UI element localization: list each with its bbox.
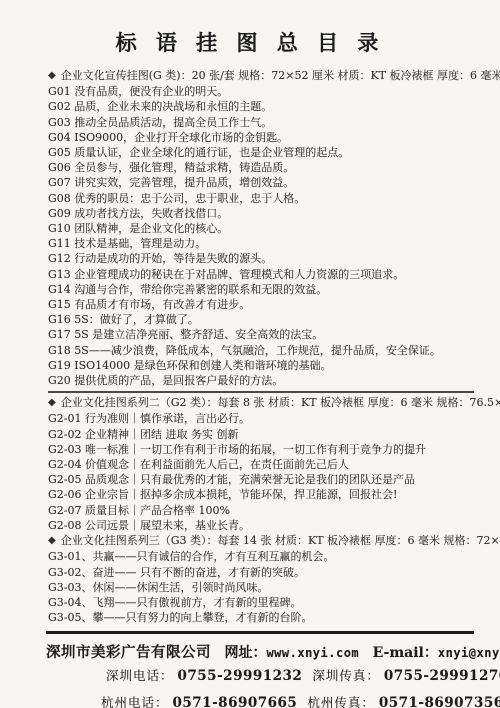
catalog-item-g17: G17 5S 是建立洁净亮丽、整齐舒适、安全高效的法宝。 [48,327,474,342]
section-2-header-text: 企业文化挂图系列二（G2 类）：每套 8 张 材质：KT 板冷裱框 厚度：6 毫… [61,396,500,409]
catalog-item-g16: G16 5S：做好了，才算做了。 [48,312,474,327]
catalog-content: ◆企业文化宣传挂图(G 类)：20 张/套 规格：72×52 厘米 材质：KT … [48,68,474,625]
catalog-item-g11: G11 技术是基础，管理是动力。 [48,236,474,251]
catalog-item-g12: G12 行动是成功的开始，等待是失败的源头。 [48,251,474,266]
email-label: E-mail： [373,645,438,661]
diamond-bullet-icon: ◆ [48,70,56,81]
catalog-item-g06: G06 全员参与，强化管理，精益求精，铸造品质。 [48,160,474,175]
shenzhen-fax-number: 0755-29991270 [384,668,500,684]
catalog-item-g2-01: G2-01 行为准则｜慎作承诺，言出必行。 [48,411,474,426]
catalog-item-g05: G05 质量认证，企业全球化的通行证，也是企业管理的起点。 [48,145,474,160]
catalog-item-g3-05: G3-05、攀——只有努力的向上攀登，才有新的台阶。 [48,610,474,625]
catalog-item-g09: G09 成功者找方法，失败者找借口。 [48,206,474,221]
catalog-item-g3-01: G3-01、共赢——只有诚信的合作，才有互利互赢的机会。 [48,549,474,564]
catalog-item-g2-05: G2-05 品质观念｜只有最优秀的才能，充满荣誉无论是我们的团队还是产品 [48,472,474,487]
section-1-header: ◆企业文化宣传挂图(G 类)：20 张/套 规格：72×52 厘米 材质：KT … [48,68,474,84]
catalog-item-g2-03: G2-03 唯一标准｜一切工作有利于市场的拓展，一切工作有利于竞争力的提升 [48,442,474,457]
catalog-item-g03: G03 推动全员品质活动，提高全员工作士气。 [48,115,474,130]
catalog-item-g20: G20 提供优质的产品，是回报客户最好的方法。 [48,373,474,388]
hangzhou-phone-number: 0571-86907665 [173,695,298,708]
footer-company-line: 深圳市美彩广告有限公司 网址：www.xnyi.com E-mail：xnyi@… [46,641,474,662]
catalog-item-g2-08: G2-08 公司远景｜展望未来，基业长青。 [48,518,474,533]
catalog-item-g07: G07 讲究实效，完善管理，提升品质，增创效益。 [48,175,474,190]
catalog-item-g18: G18 5S——减少浪费，降低成本，气氛融洽，工作规范，提升品质，安全保证。 [48,343,474,358]
shenzhen-fax-label: 深圳传真： [312,668,380,683]
hangzhou-phone-label: 杭州电话： [101,695,169,708]
section-3-header-text: 企业文化挂图系列三（G3 类）：每套 14 张 材质：KT 板冷裱框 厚度：6 … [61,534,500,547]
catalog-item-g02: G02 品质，企业未来的决战场和永恒的主题。 [48,99,474,114]
catalog-item-g19: G19 ISO14000 是绿色环保和创建人类和谐环境的基础。 [48,358,474,373]
catalog-item-g15: G15 有品质才有市场，有改善才有进步。 [48,297,474,312]
catalog-item-g2-02: G2-02 企业精神｜团结 进取 务实 创新 [48,427,474,442]
section-1-header-text: 企业文化宣传挂图(G 类)：20 张/套 规格：72×52 厘米 材质：KT 板… [61,69,500,82]
shenzhen-phone-label: 深圳电话： [106,668,174,683]
footer: 深圳市美彩广告有限公司 网址：www.xnyi.com E-mail：xnyi@… [46,631,474,708]
catalog-item-g2-07: G2-07 质量目标｜产品合格率 100% [48,503,474,518]
website-label: 网址： [224,645,266,661]
shenzhen-contact-line: 深圳电话： 0755-29991232 深圳传真： 0755-29991270 [106,666,474,684]
section-3-header: ◆企业文化挂图系列三（G3 类）：每套 14 张 材质：KT 板冷裱框 厚度：6… [48,533,474,549]
hangzhou-fax-label: 杭州传真： [307,695,375,708]
document-page: 标 语 挂 图 总 目 录 ◆企业文化宣传挂图(G 类)：20 张/套 规格：7… [0,0,500,708]
catalog-item-g13: G13 企业管理成功的秘诀在于对品牌、管理模式和人力资源的三项追求。 [48,267,474,282]
hangzhou-contact-line: 杭州电话： 0571-86907665 杭州传真： 0571-86907356 [101,693,474,708]
diamond-bullet-icon: ◆ [48,397,56,408]
catalog-item-g10: G10 团队精神，是企业文化的核心。 [48,221,474,236]
catalog-item-g04: G04 ISO9000，企业打开全球化市场的金钥匙。 [48,130,474,145]
page-title: 标 语 挂 图 总 目 录 [0,0,500,57]
catalog-item-g14: G14 沟通与合作，带给你完善紧密的联系和无限的效益。 [48,282,474,297]
email-address: xnyi@xnyi.com [438,646,500,660]
shenzhen-phone-number: 0755-29991232 [178,668,303,684]
catalog-item-g3-03: G3-03、休闲——休闲生活，引领时尚风味。 [48,580,474,595]
company-name: 深圳市美彩广告有限公司 [46,644,211,661]
catalog-item-g2-06: G2-06 企业宗旨｜抠掉多余成本损耗，节能环保，捍卫能源，回报社会! [48,487,474,502]
catalog-item-g01: G01 没有品质，便没有企业的明天。 [48,84,474,99]
section-2-header: ◆企业文化挂图系列二（G2 类）：每套 8 张 材质：KT 板冷裱框 厚度：6 … [48,395,474,411]
website-url: www.xnyi.com [266,646,359,660]
catalog-item-g3-04: G3-04、飞翔——只有傲视前方，才有新的里程碑。 [48,595,474,610]
catalog-item-g2-04: G2-04 价值观念｜在利益面前先人后己，在责任面前先己后人 [48,457,474,472]
section-divider [48,391,474,393]
hangzhou-fax-number: 0571-86907356 [379,695,500,708]
catalog-item-g08: G08 优秀的职员：忠于公司，忠于职业，忠于人格。 [48,191,474,206]
catalog-item-g3-02: G3-02、奋进—— 只有不断的奋进，才有新的突破。 [48,565,474,580]
diamond-bullet-icon: ◆ [48,535,56,546]
